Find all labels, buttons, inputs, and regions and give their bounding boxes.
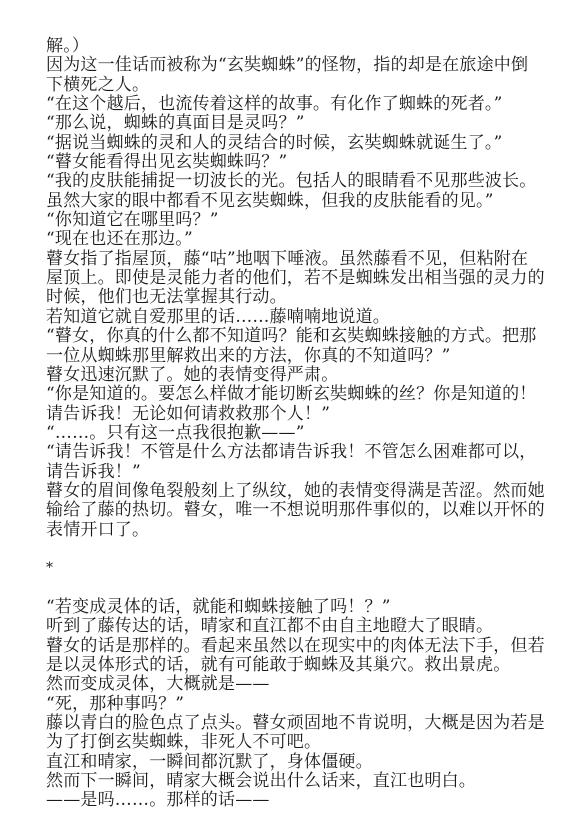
blank-line: [46, 579, 546, 598]
text-line: 然而下一瞬间，晴家大概会说出什么话来，直江也明白。: [46, 772, 546, 791]
text-line: “请告诉我！不管是什么方法都请告诉我！不管怎么困难都可以，: [46, 443, 546, 462]
text-line: ——是吗……。那样的话——: [46, 791, 546, 810]
text-line: “瞽女能看得出见玄奘蜘蛛吗？”: [46, 153, 546, 172]
text-line: “……。只有这一点我很抱歉——”: [46, 424, 546, 443]
text-line: “瞽女，你真的什么都不知道吗？能和玄奘蜘蛛接触的方式。把那: [46, 327, 546, 346]
text-line: 是以灵体形式的话，就有可能敢于蜘蛛及其巢穴。救出景虎。: [46, 656, 546, 675]
text-line: “你知道它在哪里吗？”: [46, 211, 546, 230]
text-line: 瞽女迅速沉默了。她的表情变得严肃。: [46, 366, 546, 385]
text-line: 屋顶上。即使是灵能力者的他们，若不是蜘蛛发出相当强的灵力的: [46, 269, 546, 288]
text-line: 藤以青白的脸色点了点头。瞽女顽固地不肯说明，大概是因为若是: [46, 714, 546, 733]
text-line: 然而变成灵体，大概就是——: [46, 675, 546, 694]
text-line: 请告诉我！”: [46, 463, 546, 482]
text-line: 解。）: [46, 37, 546, 56]
document-page: 解。） 因为这一佳话而被称为“玄奘蜘蛛”的怪物，指的却是在旅途中倒 下横死之人。…: [46, 37, 546, 811]
text-line: 时候，他们也无法掌握其行动。: [46, 288, 546, 307]
text-line: 瞽女指了指屋顶，藤“咕”地咽下唾液。虽然藤看不见，但粘附在: [46, 250, 546, 269]
text-line: 下横死之人。: [46, 76, 546, 95]
text-line: 请告诉我！无论如何请救救那个人！”: [46, 405, 546, 424]
text-line: 直江和晴家，一瞬间都沉默了，身体僵硬。: [46, 753, 546, 772]
text-line: 瞽女的话是那样的。看起来虽然以在现实中的肉体无法下手，但若: [46, 637, 546, 656]
section-separator: *: [46, 559, 546, 578]
text-line: “你是知道的。要怎么样做才能切断玄奘蜘蛛的丝？你是知道的！: [46, 385, 546, 404]
text-line: 输给了藤的热切。瞽女，唯一不想说明那件事似的，以难以开怀的: [46, 501, 546, 520]
text-line: “在这个越后，也流传着这样的故事。有化作了蜘蛛的死者。”: [46, 95, 546, 114]
text-line: 虽然大家的眼中都看不见玄奘蜘蛛，但我的皮肤能看的见。”: [46, 192, 546, 211]
text-line: 听到了藤传达的话，晴家和直江都不由自主地瞪大了眼睛。: [46, 617, 546, 636]
text-line: “那么说，蜘蛛的真面目是灵吗？”: [46, 114, 546, 133]
text-line: “若变成灵体的话，就能和蜘蛛接触了吗！？”: [46, 598, 546, 617]
text-line: 表情开口了。: [46, 521, 546, 540]
text-line: “现在也还在那边。”: [46, 230, 546, 249]
text-line: 瞽女的眉间像龟裂般刻上了纵纹，她的表情变得满是苦涩。然而她: [46, 482, 546, 501]
blank-line: [46, 540, 546, 559]
text-line: “据说当蜘蛛的灵和人的灵结合的时候，玄奘蜘蛛就诞生了。”: [46, 134, 546, 153]
text-line: 若知道它就自爱那里的话……藤喃喃地说道。: [46, 308, 546, 327]
text-line: “我的皮肤能捕捉一切波长的光。包括人的眼睛看不见那些波长。: [46, 172, 546, 191]
text-line: 一位从蜘蛛那里解救出来的方法，你真的不知道吗？”: [46, 347, 546, 366]
text-line: 因为这一佳话而被称为“玄奘蜘蛛”的怪物，指的却是在旅途中倒: [46, 56, 546, 75]
text-line: 为了打倒玄奘蜘蛛，非死人不可吧。: [46, 733, 546, 752]
text-line: “死，那种事吗？”: [46, 695, 546, 714]
